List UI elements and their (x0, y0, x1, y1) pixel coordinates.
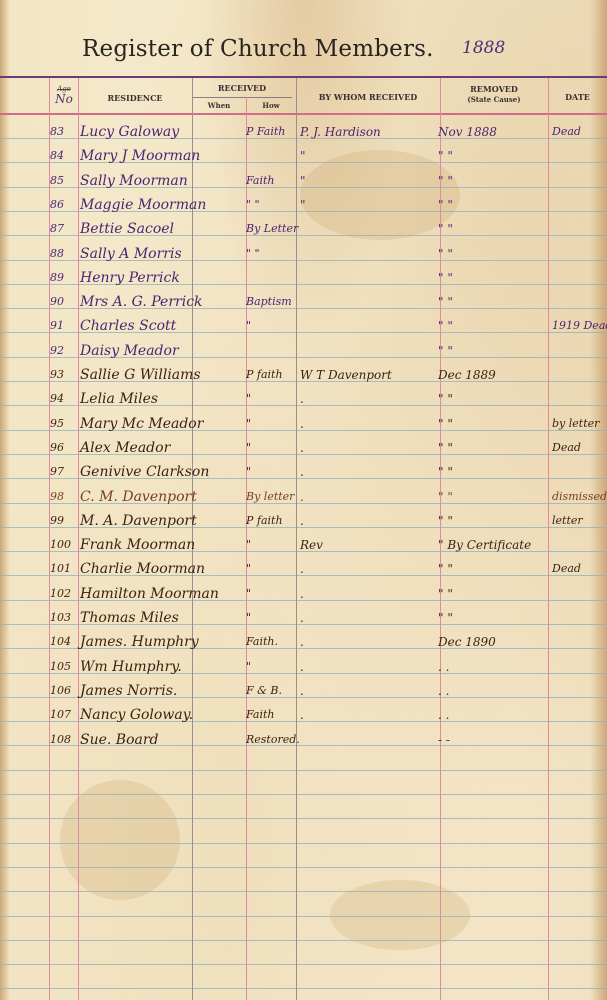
entry-no: 93 (50, 365, 78, 385)
entry-date: letter (552, 511, 583, 531)
entry-date: Dead (552, 122, 581, 142)
entry-no: 104 (50, 632, 78, 652)
entry-no: 108 (50, 730, 78, 750)
entry-how: By letter (246, 487, 294, 507)
entry-name: C. M. Davenport (80, 487, 197, 507)
entry-how: " (246, 608, 251, 628)
entry-name: James. Humphry (80, 632, 199, 652)
entry-how: " (246, 462, 251, 482)
entry-how: Restored. (246, 730, 300, 750)
entry-no: 96 (50, 438, 78, 458)
entry-name: Daisy Meador (80, 341, 179, 361)
entry-name: Nancy Goloway. (80, 705, 193, 725)
entry-no: 85 (50, 171, 78, 191)
entry-how: Faith (246, 171, 274, 191)
entry-how: " (246, 657, 251, 677)
entry-name: Frank Moorman (80, 535, 195, 555)
entry-name: Charlie Moorman (80, 559, 205, 579)
ruled-line (0, 891, 607, 892)
column-header-no: Age No (50, 86, 78, 105)
entry-removed: . . (438, 705, 449, 725)
entry-removed: " " (438, 341, 453, 361)
entry-no: 94 (50, 389, 78, 409)
entry-name: Mrs A. G. Perrick (80, 292, 203, 312)
entry-how: " (246, 559, 251, 579)
paper-stain (300, 150, 460, 240)
entry-name: Thomas Miles (80, 608, 179, 628)
entry-by: Rev (300, 535, 323, 555)
entry-name: James Norris. (80, 681, 177, 701)
entry-how: Baptism (246, 292, 292, 312)
entry-removed: " " (438, 438, 453, 458)
entry-no: 92 (50, 341, 78, 361)
entry-name: Sally A Morris (80, 244, 182, 264)
entry-by: . (300, 389, 304, 409)
no-header-label: No (55, 92, 73, 106)
entry-removed: Dec 1890 (438, 632, 496, 652)
register-page: Register of Church Members. 1888 Age No … (0, 0, 607, 1000)
ruled-line (0, 988, 607, 989)
column-header-removed: REMOVED (State Cause) (440, 84, 548, 105)
entry-name: M. A. Davenport (80, 511, 197, 531)
register-year: 1888 (462, 38, 505, 58)
entry-no: 105 (50, 657, 78, 677)
column-header-how: How (246, 101, 296, 110)
column-header-by-whom: BY WHOM RECEIVED (296, 92, 440, 102)
entry-date: Dead (552, 559, 581, 579)
entry-removed: " " (438, 268, 453, 288)
entry-removed: " " (438, 559, 453, 579)
entry-how: " (246, 414, 251, 434)
entry-name: Maggie Moorman (80, 195, 206, 215)
entry-no: 89 (50, 268, 78, 288)
entry-removed: - - (438, 730, 450, 750)
entry-removed: " " (438, 195, 453, 215)
entry-name: Alex Meador (80, 438, 170, 458)
entry-date: 1919 Dead (552, 316, 607, 336)
entry-name: Lelia Miles (80, 389, 158, 409)
entry-removed: . . (438, 657, 449, 677)
entry-how: " (246, 316, 251, 336)
ruled-line (0, 794, 607, 795)
entry-removed: " " (438, 219, 453, 239)
entry-removed: " " (438, 462, 453, 482)
entry-by: . (300, 414, 304, 434)
entry-removed: " " (438, 244, 453, 264)
entry-by: " (300, 146, 306, 166)
entry-name: Mary Mc Meador (80, 414, 203, 434)
entry-no: 86 (50, 195, 78, 215)
entry-by: " (300, 171, 306, 191)
entry-by: " (300, 195, 306, 215)
entry-by: . (300, 584, 304, 604)
entry-name: Sally Moorman (80, 171, 188, 191)
entry-name: Mary J Moorman (80, 146, 200, 166)
entry-how: " (246, 535, 251, 555)
page-title: Register of Church Members. (82, 36, 434, 62)
entry-removed: " " (438, 171, 453, 191)
received-subrule (192, 97, 292, 98)
entry-name: Hamilton Moorman (80, 584, 219, 604)
entry-how: Faith. (246, 632, 278, 652)
column-header-received: RECEIVED (192, 83, 292, 93)
entry-how: F & B. (246, 681, 282, 701)
entry-by: . (300, 608, 304, 628)
entry-no: 100 (50, 535, 78, 555)
column-rule (548, 78, 549, 1000)
entry-by: . (300, 681, 304, 701)
entry-removed: " " (438, 584, 453, 604)
entry-name: Bettie Sacoel (80, 219, 174, 239)
entry-name: Henry Perrick (80, 268, 180, 288)
entry-by: . (300, 559, 304, 579)
column-header-when: When (192, 101, 246, 110)
entry-how: " " (246, 244, 260, 264)
entry-how: P faith (246, 511, 283, 531)
entry-no: 101 (50, 559, 78, 579)
entry-removed: Dec 1889 (438, 365, 496, 385)
entry-no: 95 (50, 414, 78, 434)
entry-by: . (300, 632, 304, 652)
entry-removed: " " (438, 146, 453, 166)
column-rule (78, 78, 79, 1000)
entry-name: Charles Scott (80, 316, 176, 336)
entry-no: 98 (50, 487, 78, 507)
entry-how: " (246, 438, 251, 458)
header-bottom-rule (0, 113, 607, 115)
ruled-line (0, 916, 607, 917)
ruled-line (0, 964, 607, 965)
ruled-line (0, 843, 607, 844)
entry-by: P. J. Hardison (300, 122, 381, 142)
entry-removed: " By Certificate (438, 535, 531, 555)
entry-removed: " " (438, 292, 453, 312)
entry-name: Genivive Clarkson (80, 462, 209, 482)
entry-how: Faith (246, 705, 274, 725)
entry-no: 91 (50, 316, 78, 336)
entry-no: 87 (50, 219, 78, 239)
entry-removed: " " (438, 316, 453, 336)
column-header-date: DATE (548, 92, 607, 102)
entry-no: 107 (50, 705, 78, 725)
entry-no: 99 (50, 511, 78, 531)
entry-no: 106 (50, 681, 78, 701)
ruled-line (0, 940, 607, 941)
entry-no: 102 (50, 584, 78, 604)
entry-how: " (246, 389, 251, 409)
entry-by: . (300, 462, 304, 482)
header-top-rule (0, 76, 607, 78)
entry-name: Wm Humphry. (80, 657, 182, 677)
entry-no: 97 (50, 462, 78, 482)
entry-how: P Faith (246, 122, 285, 142)
entry-removed: " " (438, 511, 453, 531)
column-rule (296, 78, 297, 1000)
entry-how: P faith (246, 365, 283, 385)
entry-by: . (300, 657, 304, 677)
entry-no: 90 (50, 292, 78, 312)
entry-by: . (300, 511, 304, 531)
entry-no: 83 (50, 122, 78, 142)
ruled-line (0, 818, 607, 819)
ruled-line (0, 770, 607, 771)
entry-removed: Nov 1888 (438, 122, 497, 142)
entry-by: . (300, 705, 304, 725)
entry-removed: " " (438, 487, 453, 507)
removed-sublabel: (State Cause) (467, 95, 520, 104)
entry-name: Sallie G Williams (80, 365, 201, 385)
removed-label: REMOVED (470, 84, 518, 94)
entry-by: . (300, 438, 304, 458)
entry-no: 88 (50, 244, 78, 264)
entry-removed: . . (438, 681, 449, 701)
entry-how: By Letter (246, 219, 298, 239)
ruled-line (0, 867, 607, 868)
entry-name: Sue. Board (80, 730, 159, 750)
column-header-residence: RESIDENCE (78, 93, 192, 103)
entry-removed: " " (438, 414, 453, 434)
entry-no: 84 (50, 146, 78, 166)
entry-removed: " " (438, 389, 453, 409)
entry-name: Lucy Galoway (80, 122, 179, 142)
entry-how: " " (246, 195, 260, 215)
entry-date: by letter (552, 414, 599, 434)
entry-date: dismissed by (552, 487, 607, 507)
entry-date: Dead (552, 438, 581, 458)
entry-by: W T Davenport (300, 365, 392, 385)
entry-no: 103 (50, 608, 78, 628)
entry-by: . (300, 487, 304, 507)
entry-removed: " " (438, 608, 453, 628)
entry-how: " (246, 584, 251, 604)
